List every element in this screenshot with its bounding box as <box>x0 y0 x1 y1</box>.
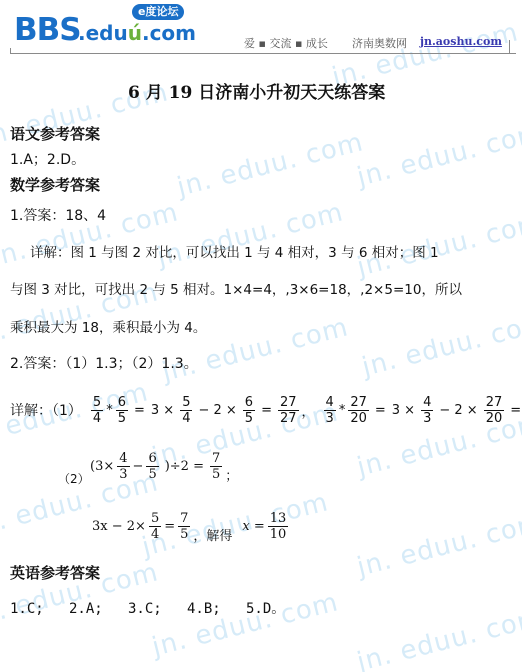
fraction: 2727 <box>278 395 299 426</box>
fraction: 65 <box>146 451 158 482</box>
math-q1-answer: 1.答案：18、4 <box>10 205 106 225</box>
fraction: 54 <box>180 395 192 426</box>
math-q2-formula-2: (3× 43 − 65 )÷2 = 75 ； <box>90 446 238 486</box>
math-q1-explain-line: 详解：图 1 与图 2 对比，可以找出 1 与 4 相对，3 与 6 相对；图 … <box>30 241 439 261</box>
fraction: 2720 <box>348 395 369 426</box>
fraction: 54 <box>149 511 161 542</box>
fraction: 65 <box>116 395 128 426</box>
math-q2-answer: 2.答案：（1）1.3；（2）1.3。 <box>10 353 198 373</box>
part-2-label: （2） <box>58 470 90 487</box>
chinese-answers: 1.A；2.D。 <box>10 149 85 169</box>
fraction: 75 <box>210 451 222 482</box>
fraction: 2720 <box>484 395 505 426</box>
math-q1-explain-line: 乘积最大为 18，乘积最小为 4。 <box>10 316 206 336</box>
page-title: 6 月 19 日济南小升初天天练答案 <box>128 78 385 103</box>
document-body: 6 月 19 日济南小升初天天练答案 语文参考答案 1.A；2.D。 数学参考答… <box>0 0 522 672</box>
explain-label: 详解：（1） <box>10 400 82 420</box>
fraction: 54 <box>91 395 103 426</box>
fraction: 1310 <box>268 511 289 542</box>
math-q1-explain-line: 与图 3 对比，可找出 2 与 5 相对。1×4=4，,3×6=18，,2×5=… <box>10 278 462 298</box>
math-q2-formula-3: 3x − 2× 54 = 75 ，解得 x = 1310 <box>92 506 291 546</box>
section-heading-math: 数学参考答案 <box>10 174 100 195</box>
fraction: 43 <box>421 395 433 426</box>
math-q2-formula-1: 详解：（1） 54 * 65 = 3 × 54 − 2 × 65 = 2727 … <box>10 390 522 430</box>
fraction: 75 <box>178 511 190 542</box>
section-heading-english: 英语参考答案 <box>10 562 100 583</box>
fraction: 43 <box>117 451 129 482</box>
fraction: 43 <box>324 395 336 426</box>
fraction: 65 <box>243 395 255 426</box>
english-answers: 1.C; 2.A; 3.C; 4.B; 5.D。 <box>10 598 285 618</box>
section-heading-chinese: 语文参考答案 <box>10 123 100 144</box>
